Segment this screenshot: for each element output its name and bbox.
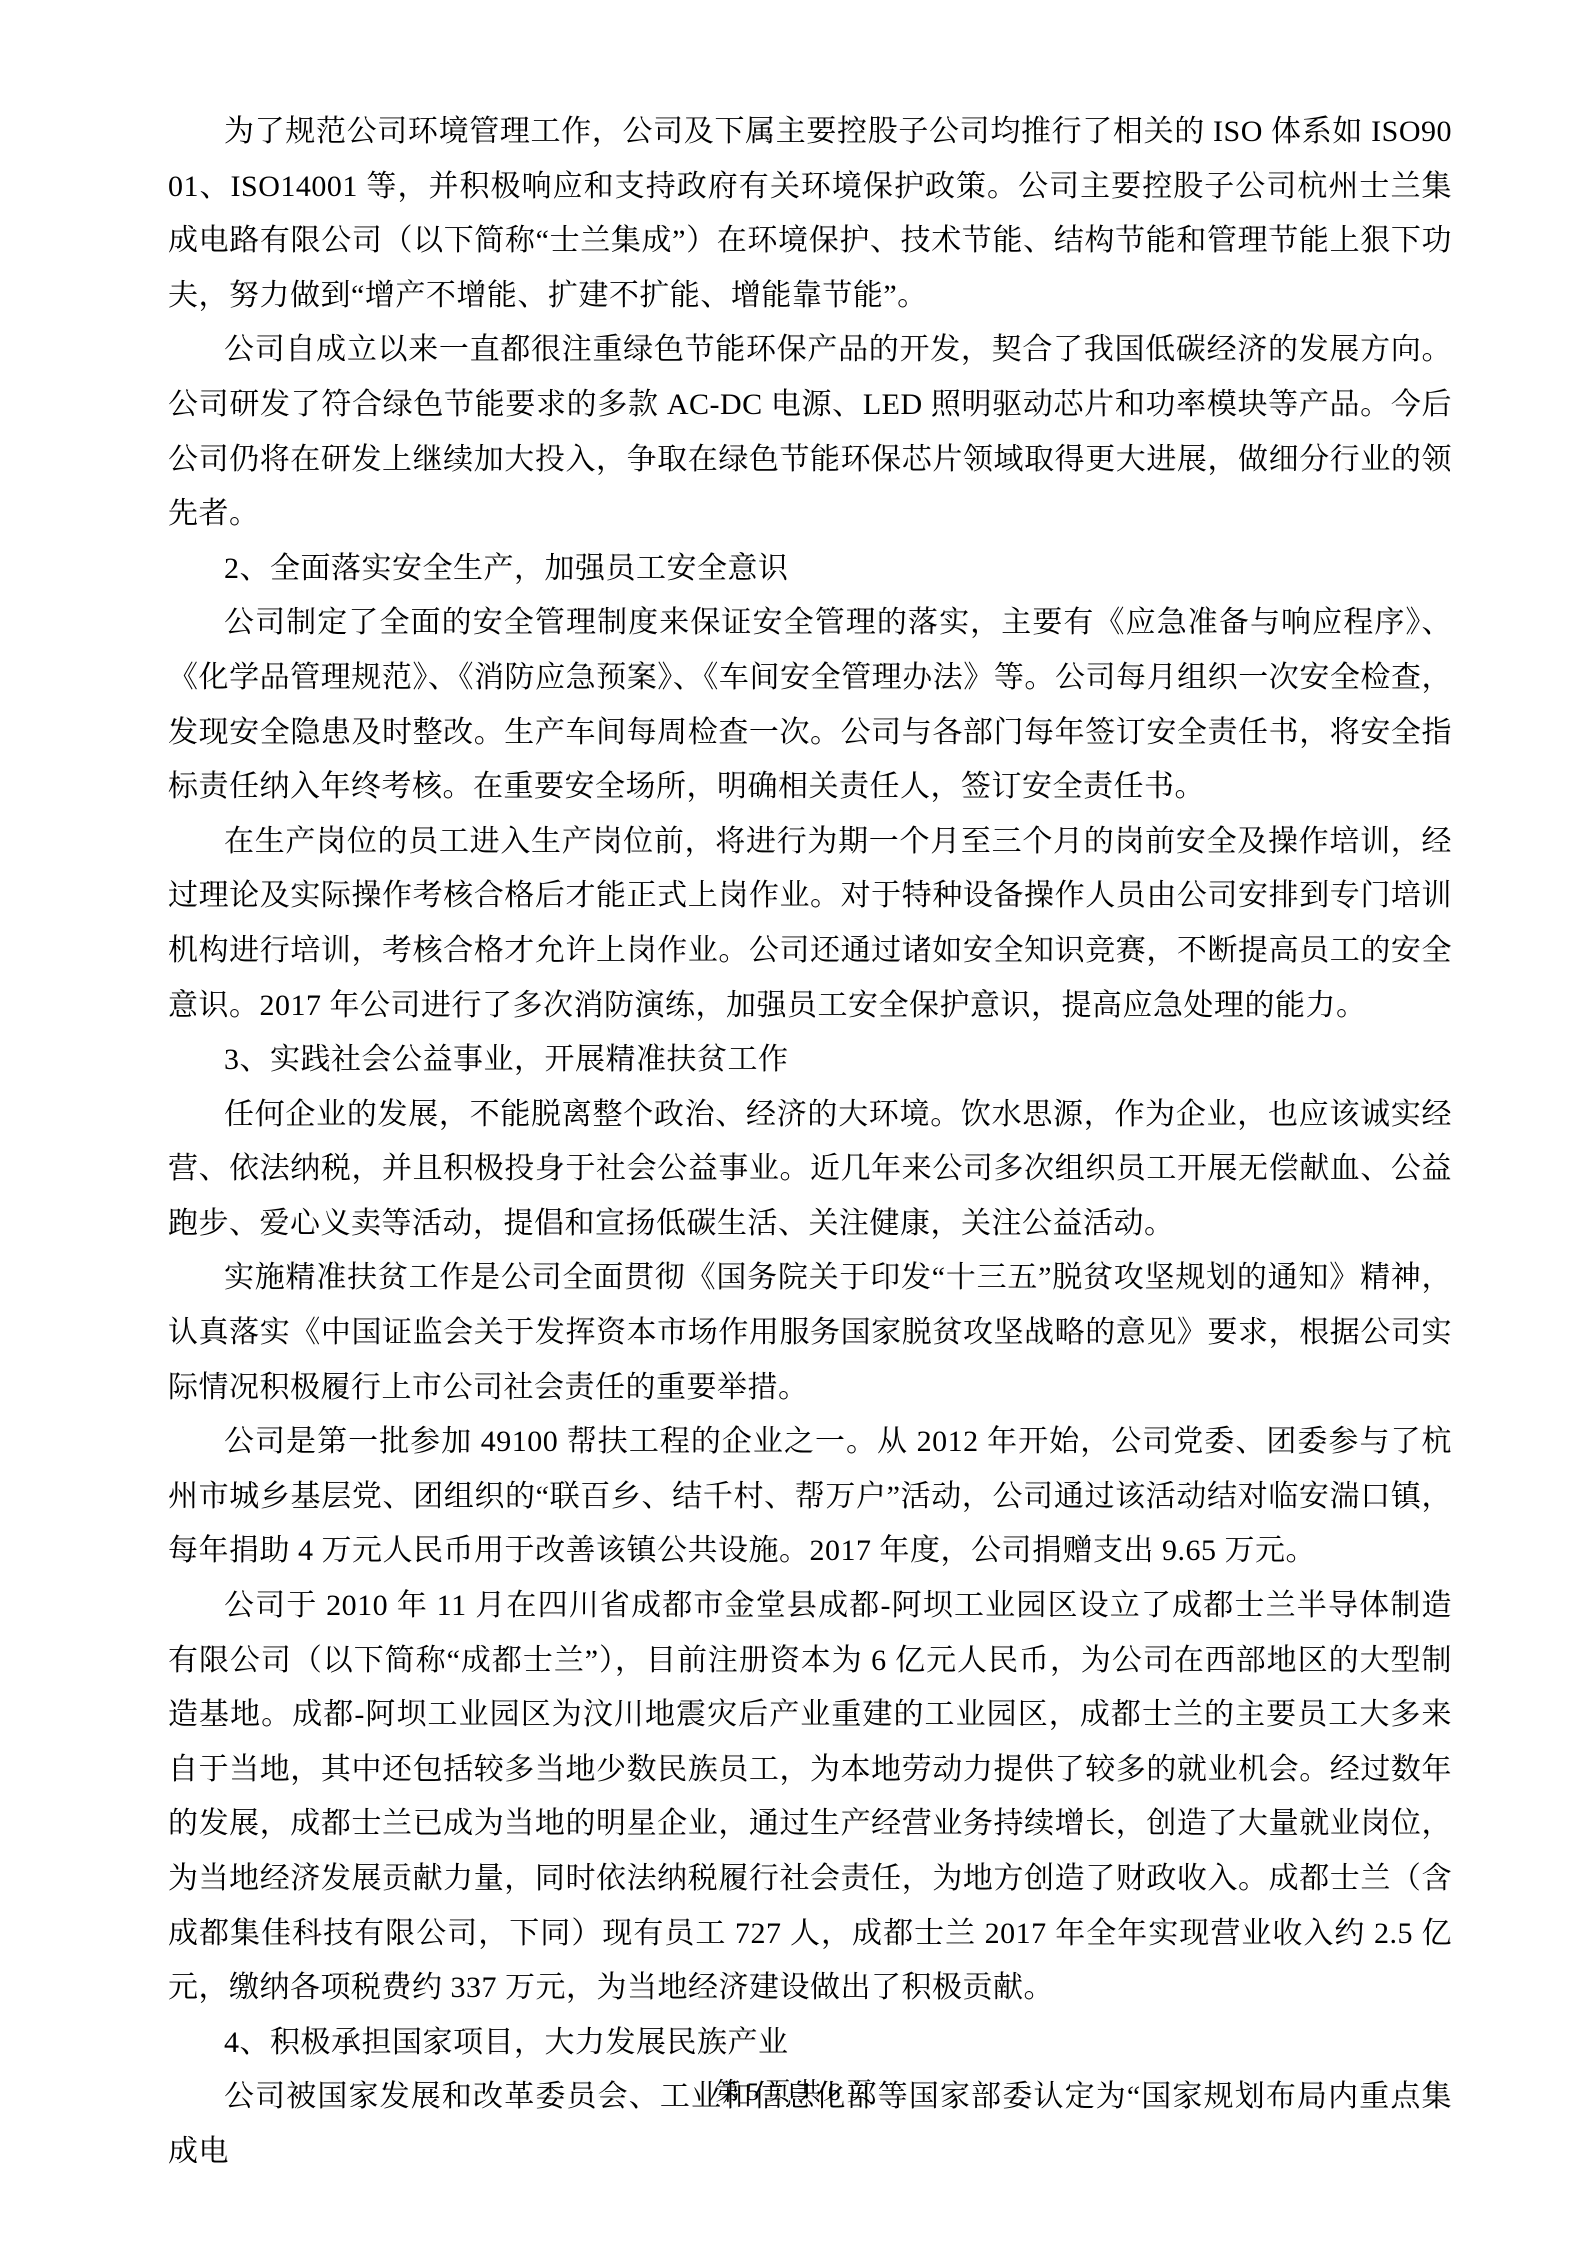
page-footer: 第 5 页 共 6 页 (0, 2078, 1587, 2108)
section-heading-4-national-projects: 4、积极承担国家项目，大力发展民族产业 (168, 2016, 1452, 2071)
section-heading-3-welfare: 3、实践社会公益事业，开展精准扶贫工作 (168, 1033, 1452, 1088)
paragraph-green-products: 公司自成立以来一直都很注重绿色节能环保产品的开发，契合了我国低碳经济的发展方向。… (168, 323, 1452, 541)
paragraph-chengdu-silan: 公司于 2010 年 11 月在四川省成都市金堂县成都-阿坝工业园区设立了成都士… (168, 1579, 1452, 2016)
paragraph-49100-program: 公司是第一批参加 49100 帮扶工程的企业之一。从 2012 年开始，公司党委… (168, 1415, 1452, 1579)
document-body: 为了规范公司环境管理工作，公司及下属主要控股子公司均推行了相关的 ISO 体系如… (168, 105, 1452, 2180)
paragraph-public-welfare: 任何企业的发展，不能脱离整个政治、经济的大环境。饮水思源，作为企业，也应该诚实经… (168, 1088, 1452, 1252)
page-number: 第 5 页 共 6 页 (715, 2079, 871, 2106)
paragraph-environment-iso: 为了规范公司环境管理工作，公司及下属主要控股子公司均推行了相关的 ISO 体系如… (168, 105, 1452, 323)
document-page: 为了规范公司环境管理工作，公司及下属主要控股子公司均推行了相关的 ISO 体系如… (0, 0, 1587, 2245)
paragraph-safety-training: 在生产岗位的员工进入生产岗位前，将进行为期一个月至三个月的岗前安全及操作培训，经… (168, 815, 1452, 1033)
section-heading-2-safety: 2、全面落实安全生产，加强员工安全意识 (168, 542, 1452, 597)
paragraph-safety-system: 公司制定了全面的安全管理制度来保证安全管理的落实，主要有《应急准备与响应程序》、… (168, 596, 1452, 814)
paragraph-poverty-policy: 实施精准扶贫工作是公司全面贯彻《国务院关于印发“十三五”脱贫攻坚规划的通知》精神… (168, 1251, 1452, 1415)
